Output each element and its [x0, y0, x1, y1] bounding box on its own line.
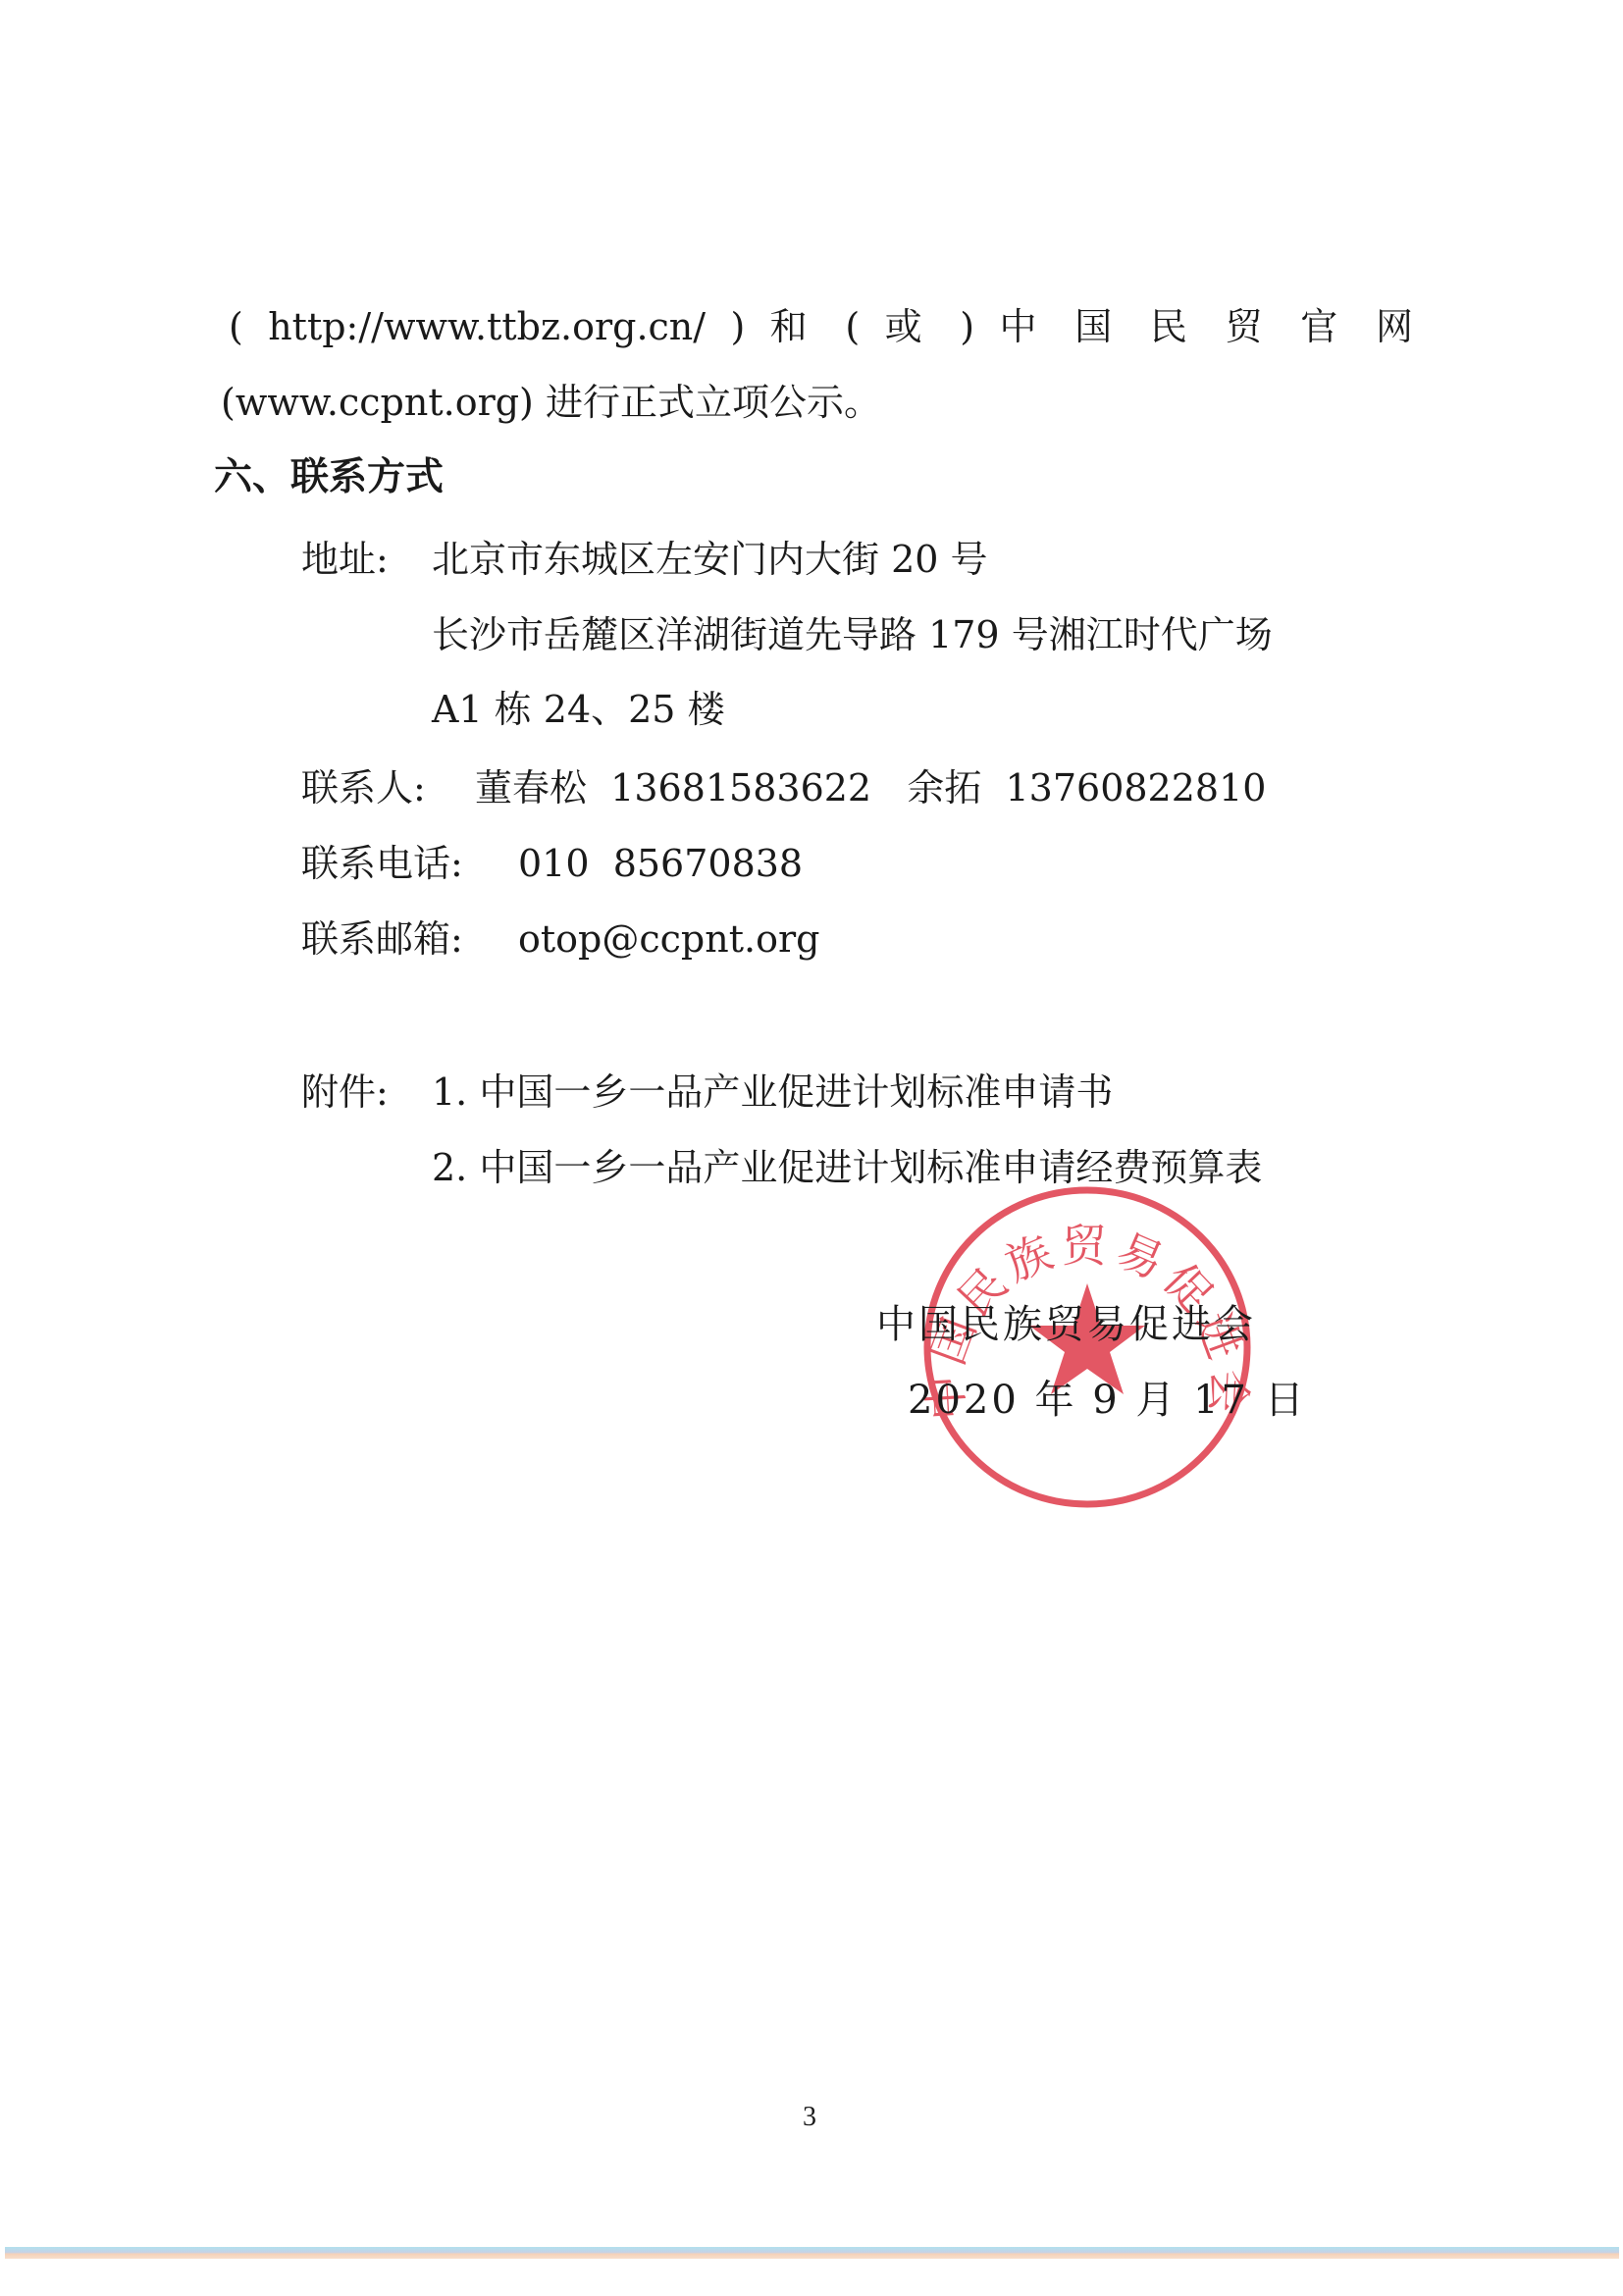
scan-artifact-divider: [5, 2247, 1619, 2259]
address-label: 地址:: [301, 538, 389, 581]
paragraph-line-2: (www.ccpnt.org) 进行正式立项公示。: [221, 381, 881, 424]
signature-date: 2020 年 9 月 17 日: [908, 1378, 1307, 1423]
attachment-item-2: 2. 中国一乡一品产业促进计划标准申请经费预算表: [432, 1146, 1262, 1189]
address-line-1: 北京市东城区左安门内大街 20 号: [432, 538, 988, 581]
contact-phone-value: 010 85670838: [518, 842, 803, 885]
contact-person-value: 董春松 13681583622 余拓 13760822810: [475, 766, 1266, 809]
contact-email-label: 联系邮箱:: [301, 917, 463, 961]
document-page: ( http://www.ttbz.org.cn/ ) 和 ( 或 ) 中 国 …: [0, 0, 1623, 2296]
attachment-item-1: 1. 中国一乡一品产业促进计划标准申请书: [432, 1070, 1113, 1114]
page-number: 3: [803, 2102, 816, 2133]
official-seal-stamp: 中国民族贸易促进会: [922, 1185, 1252, 1509]
signature-organization: 中国民族贸易促进会: [876, 1302, 1256, 1347]
paragraph-line-1: ( http://www.ttbz.org.cn/ ) 和 ( 或 ) 中 国 …: [229, 305, 1413, 348]
address-line-2: 长沙市岳麓区洋湖街道先导路 179 号湘江时代广场: [432, 613, 1273, 656]
attachments-label: 附件:: [301, 1070, 389, 1114]
section-heading: 六、联系方式: [214, 456, 444, 499]
address-line-3: A1 栋 24、25 楼: [432, 688, 725, 731]
contact-phone-label: 联系电话:: [301, 842, 463, 885]
contact-email-value: otop@ccpnt.org: [518, 917, 819, 961]
contact-person-label: 联系人:: [301, 766, 426, 809]
